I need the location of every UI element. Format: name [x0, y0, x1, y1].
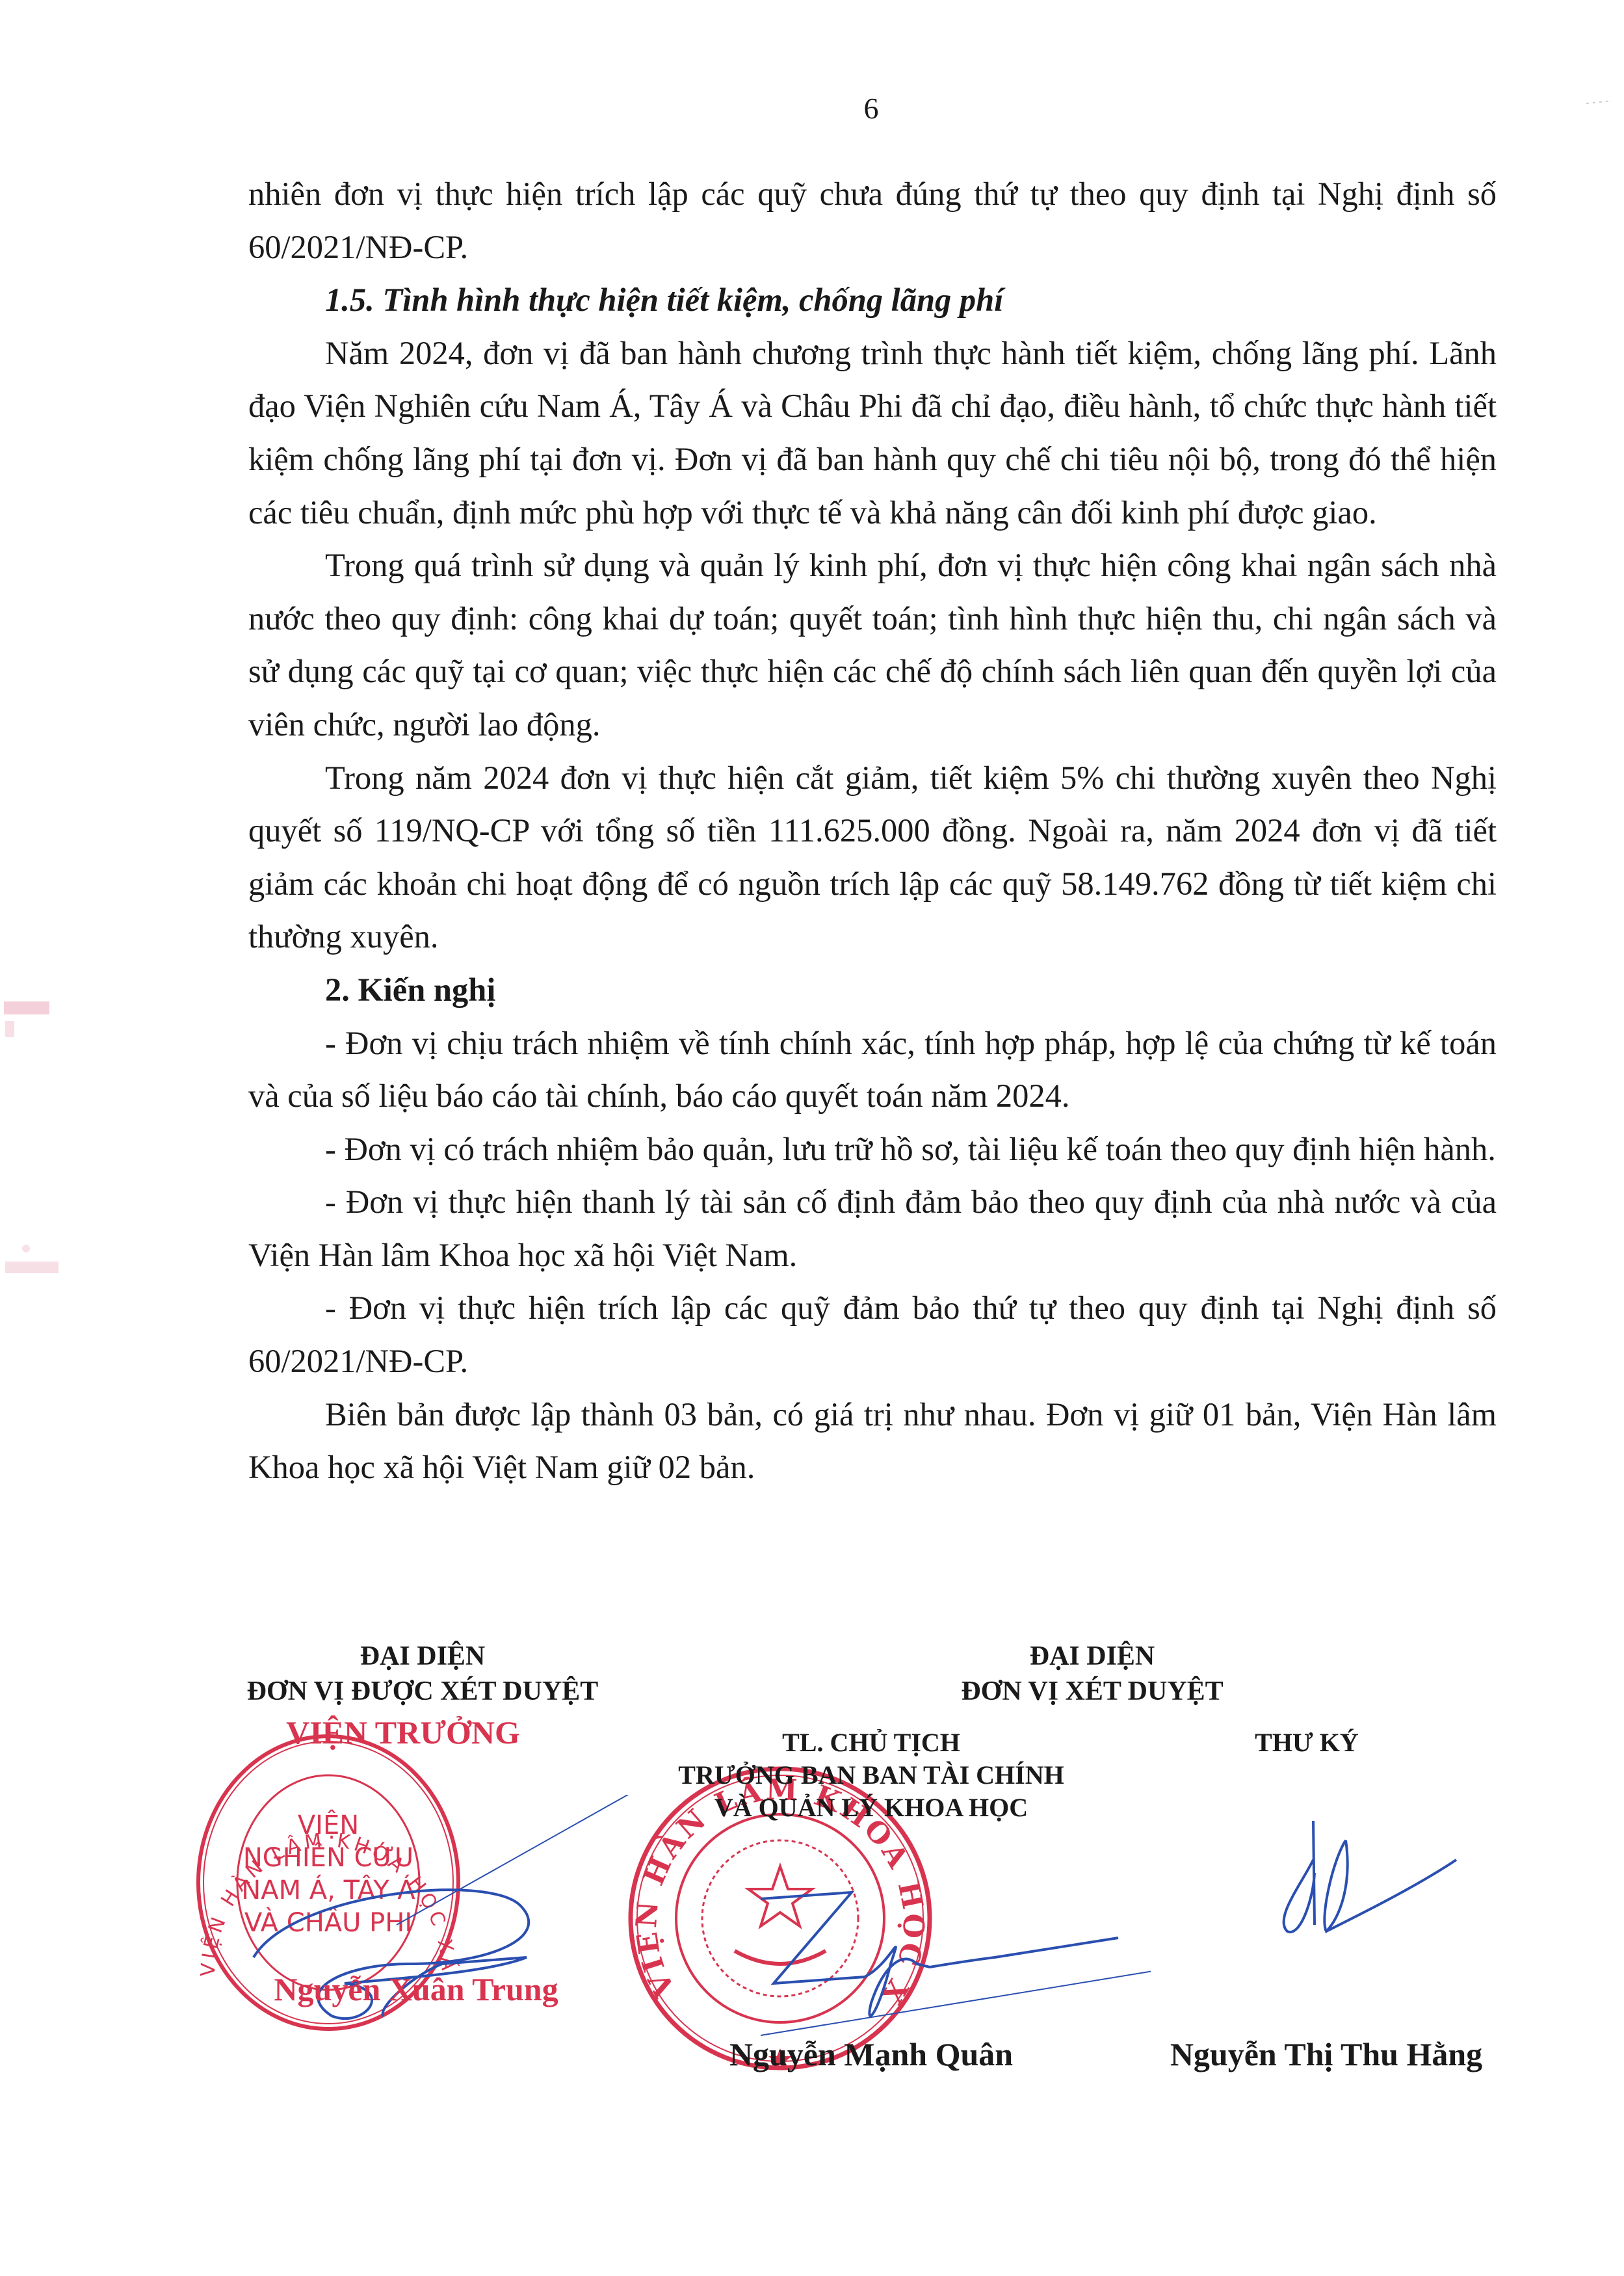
sig-right-line1: ĐẠI DIỆN	[865, 1639, 1320, 1674]
sig-left-line1: ĐẠI DIỆN	[215, 1639, 631, 1674]
sig-right-line2: ĐƠN VỊ XÉT DUYỆT	[865, 1674, 1320, 1709]
sig-secretary-title: THƯ KÝ	[1209, 1727, 1404, 1759]
section-heading-2: 2. Kiến nghị	[248, 964, 1497, 1017]
signature-chair-icon	[735, 1886, 1151, 2042]
sig-chair-line2: TRƯỞNG BAN BAN TÀI CHÍNH	[637, 1759, 1105, 1792]
paragraph: Năm 2024, đơn vị đã ban hành chương trìn…	[248, 327, 1497, 539]
sig-left-name: Nguyễn Xuân Trung	[221, 1970, 611, 2008]
stamp-bleed-margin	[0, 962, 59, 1288]
signature-left-icon	[215, 1795, 670, 2055]
recommendation-item: - Đơn vị thực hiện thanh lý tài sản cố đ…	[248, 1176, 1497, 1282]
sig-left-role: VIỆN TRƯỞNG	[273, 1714, 533, 1751]
signature-secretary-icon	[1274, 1821, 1469, 1938]
section-heading-1-5: 1.5. Tình hình thực hiện tiết kiệm, chốn…	[248, 274, 1497, 327]
scan-speck	[1586, 98, 1612, 104]
document-body: nhiên đơn vị thực hiện trích lập các quỹ…	[248, 168, 1497, 1494]
sig-chair-line1: TL. CHỦ TỊCH	[637, 1727, 1105, 1759]
page-number: 6	[858, 91, 884, 126]
signature-block-reviewed-unit: ĐẠI DIỆN ĐƠN VỊ ĐƯỢC XÉT DUYỆT	[215, 1639, 631, 1709]
paragraph: Trong năm 2024 đơn vị thực hiện cắt giảm…	[248, 752, 1497, 964]
signature-block-reviewing-unit: ĐẠI DIỆN ĐƠN VỊ XÉT DUYỆT	[865, 1639, 1320, 1709]
paragraph: Trong quá trình sử dụng và quản lý kinh …	[248, 539, 1497, 751]
closing-paragraph: Biên bản được lập thành 03 bản, có giá t…	[248, 1388, 1497, 1494]
sig-secretary-name: Nguyễn Thị Thu Hằng	[1131, 2035, 1521, 2073]
recommendation-item: - Đơn vị thực hiện trích lập các quỹ đảm…	[248, 1282, 1497, 1388]
paragraph-continued: nhiên đơn vị thực hiện trích lập các quỹ…	[248, 168, 1497, 274]
sig-chair-name: Nguyễn Mạnh Quân	[689, 2035, 1053, 2073]
sig-left-line2: ĐƠN VỊ ĐƯỢC XÉT DUYỆT	[215, 1674, 631, 1709]
recommendation-item: - Đơn vị có trách nhiệm bảo quản, lưu tr…	[248, 1123, 1497, 1176]
sig-chair-titles: TL. CHỦ TỊCH TRƯỞNG BAN BAN TÀI CHÍNH VÀ…	[637, 1727, 1105, 1824]
sig-chair-line3: VÀ QUẢN LÝ KHOA HỌC	[637, 1792, 1105, 1824]
recommendation-item: - Đơn vị chịu trách nhiệm về tính chính …	[248, 1017, 1497, 1123]
